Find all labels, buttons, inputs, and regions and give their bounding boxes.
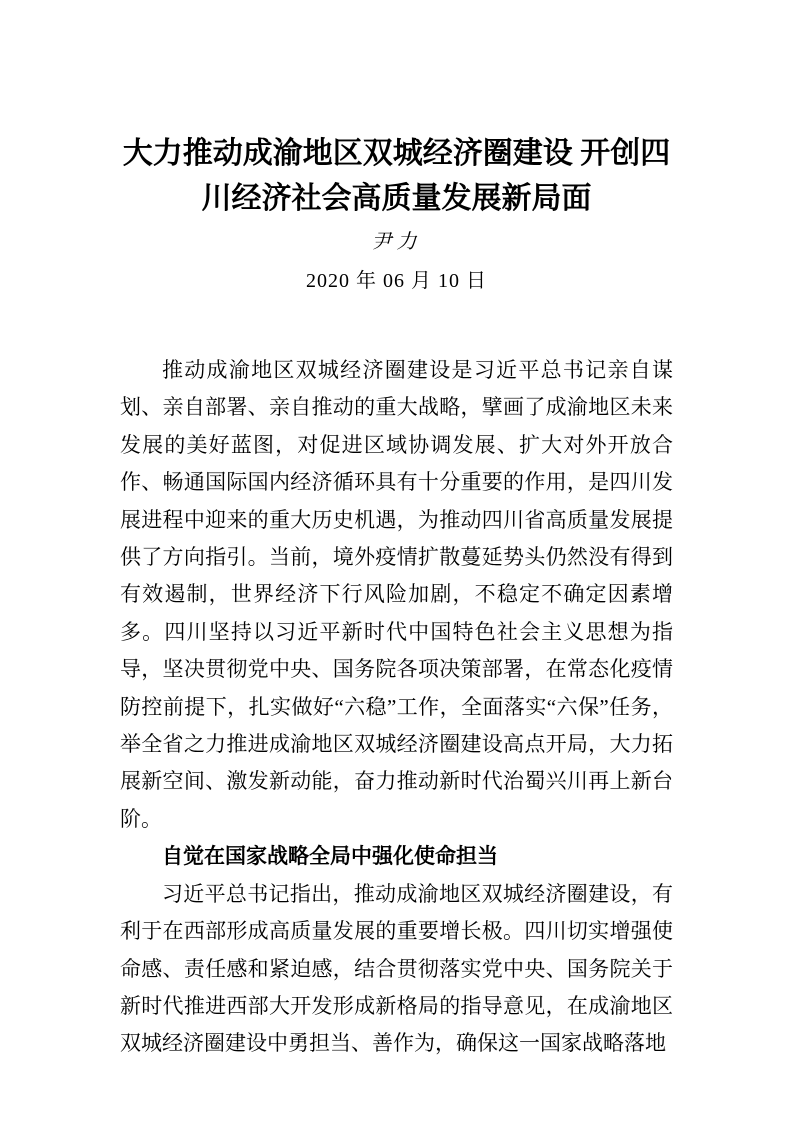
author-name: 尹力 [120,227,673,257]
document-title-line-2: 川经济社会高质量发展新局面 [120,176,673,221]
section-heading: 自觉在国家战略全局中强化使命担当 [120,838,673,875]
paragraph-1: 推动成渝地区双城经济圈建设是习近平总书记亲自谋划、亲自部署、亲自推动的重大战略，… [120,352,673,838]
article-body: 推动成渝地区双城经济圈建设是习近平总书记亲自谋划、亲自部署、亲自推动的重大战略，… [120,352,673,1063]
document-title-line-1: 大力推动成渝地区双城经济圈建设 开创四 [120,131,673,176]
document-title: 大力推动成渝地区双城经济圈建设 开创四 川经济社会高质量发展新局面 [120,131,673,221]
publish-date: 2020 年 06 月 10 日 [120,266,673,296]
paragraph-2: 习近平总书记指出，推动成渝地区双城经济圈建设，有利于在西部形成高质量发展的重要增… [120,876,673,1063]
document-page: 大力推动成渝地区双城经济圈建设 开创四 川经济社会高质量发展新局面 尹力 202… [0,0,793,1122]
